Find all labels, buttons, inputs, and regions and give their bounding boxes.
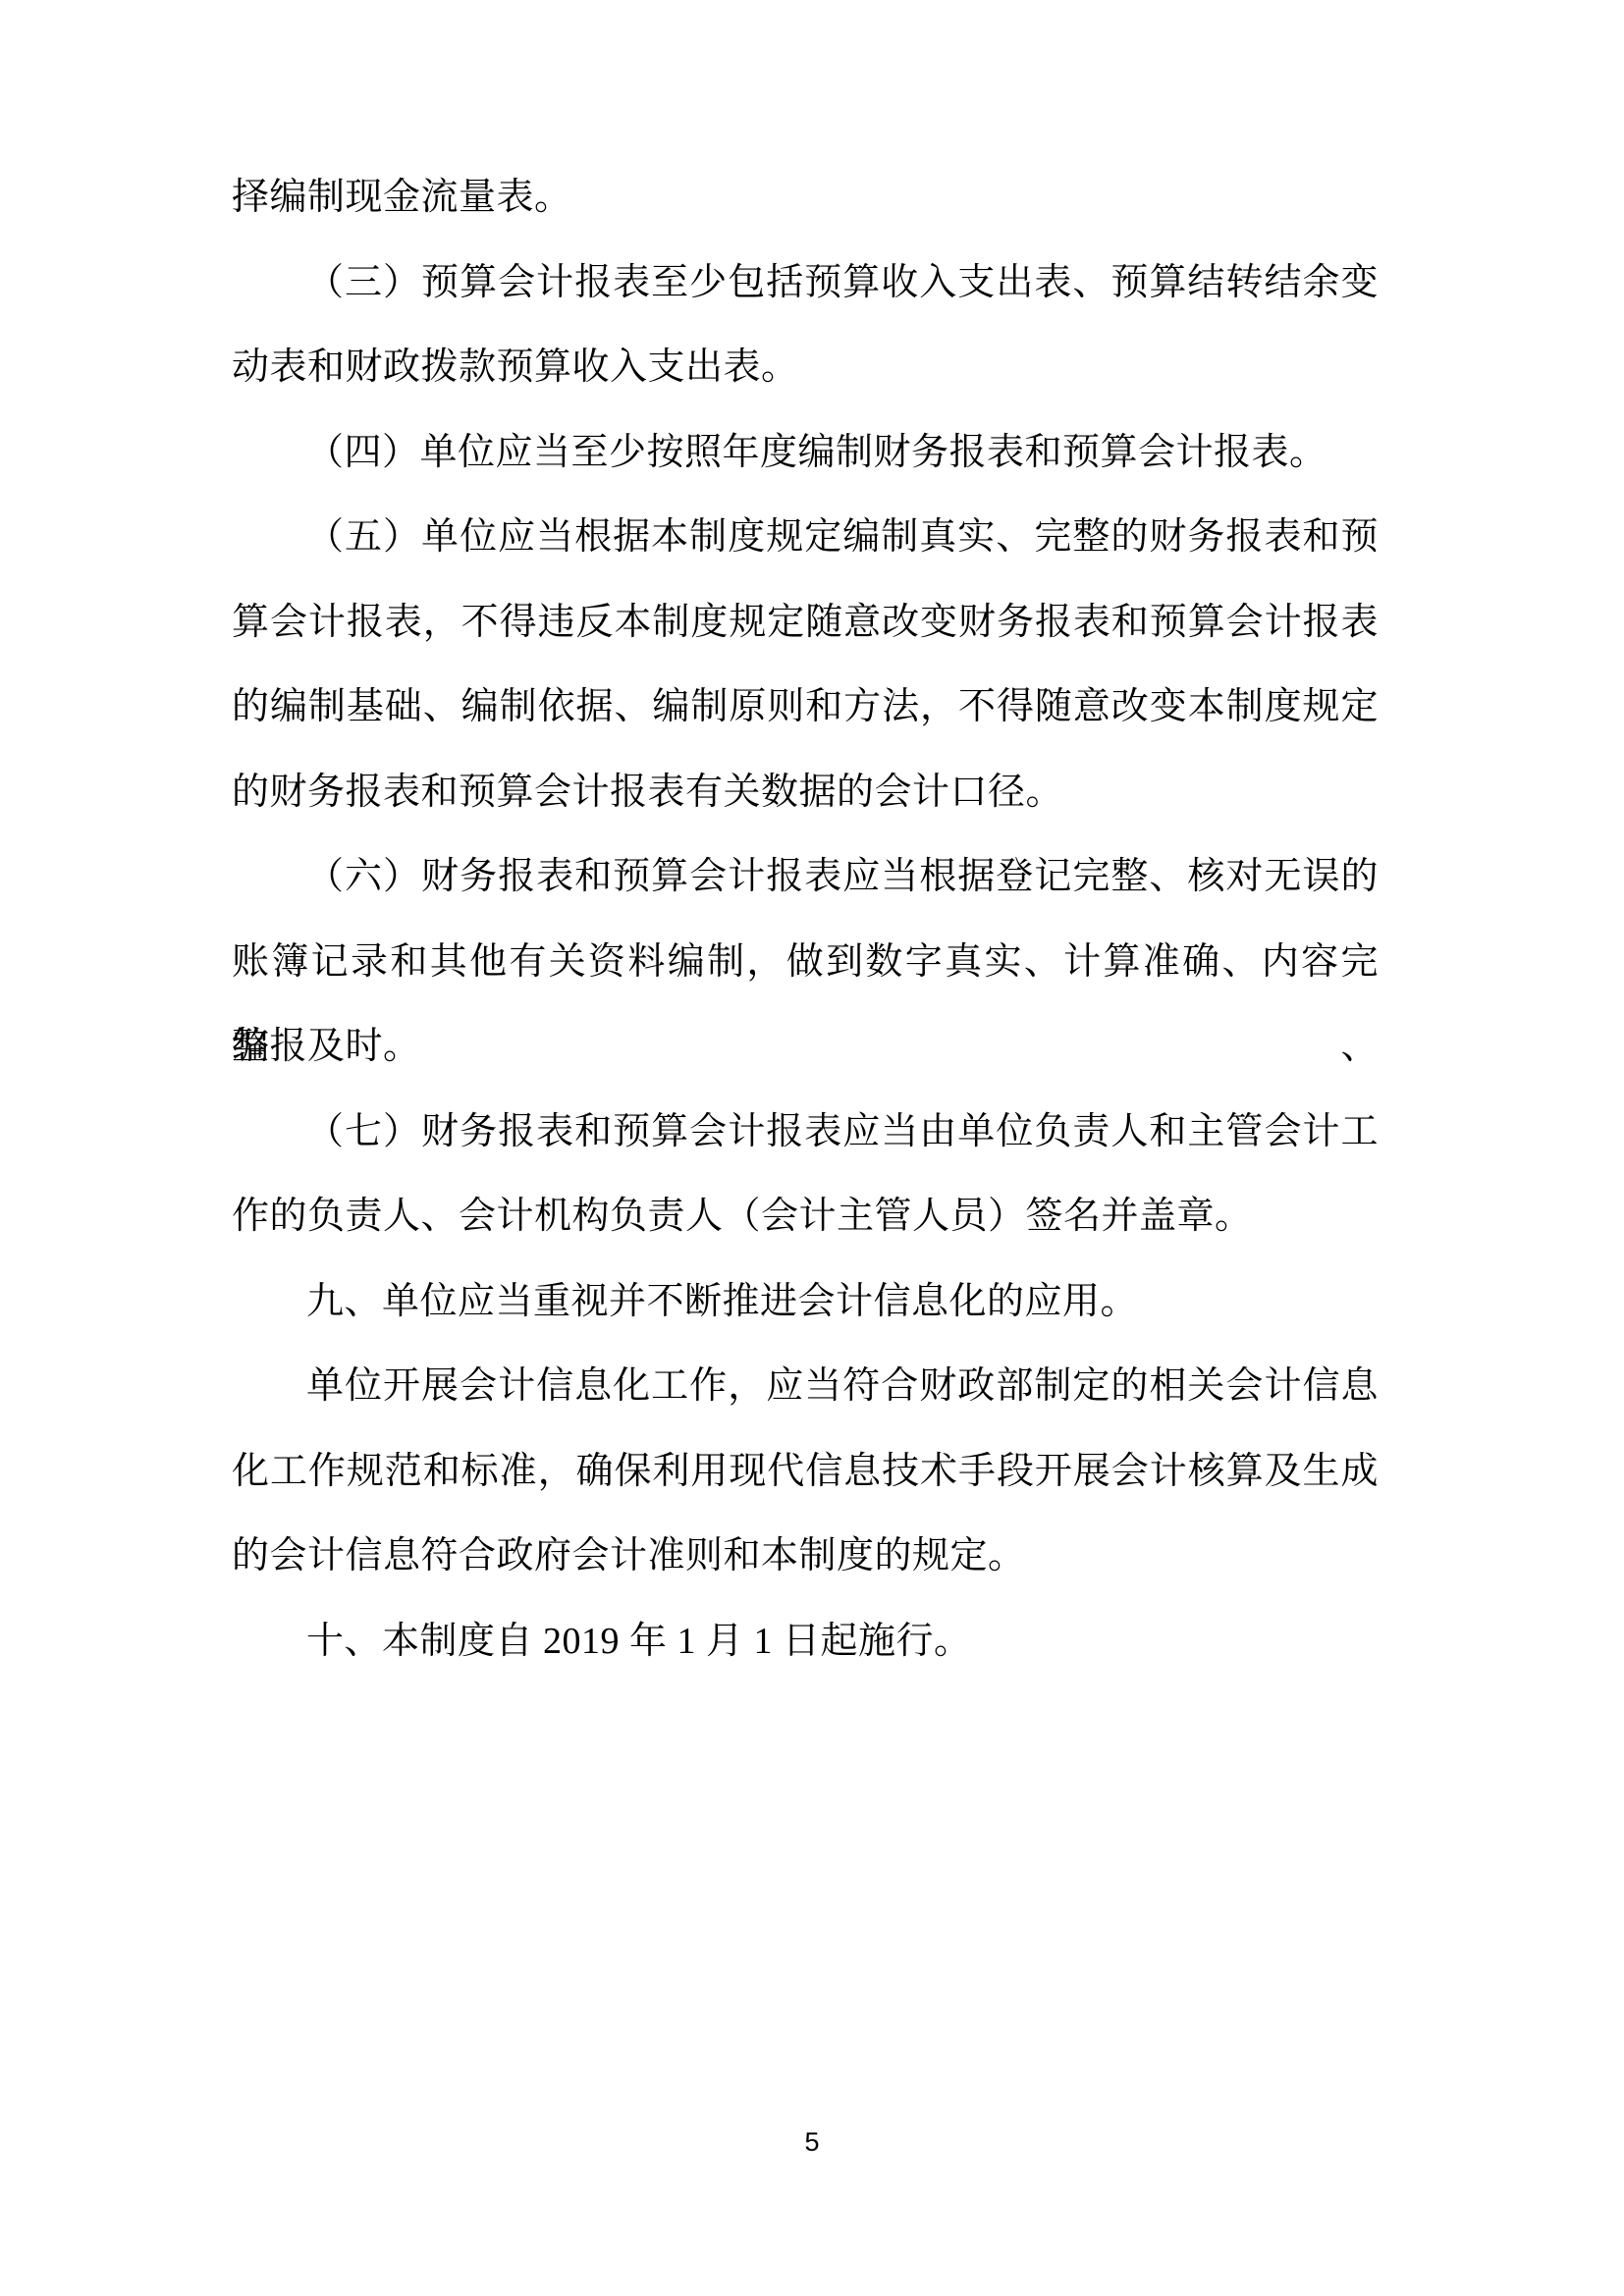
text-line: 动表和财政拨款预算收入支出表。 [232, 325, 1379, 410]
text-line: 账簿记录和其他有关资料编制，做到数字真实、计算准确、内容完整、 [232, 920, 1379, 1005]
text-line: （五）单位应当根据本制度规定编制真实、完整的财务报表和预 [232, 495, 1379, 580]
text-line: （六）财务报表和预算会计报表应当根据登记完整、核对无误的 [232, 834, 1379, 920]
text-line: 化工作规范和标准，确保利用现代信息技术手段开展会计核算及生成 [232, 1429, 1379, 1515]
text-line: 的会计信息符合政府会计准则和本制度的规定。 [232, 1514, 1379, 1599]
text-line: （四）单位应当至少按照年度编制财务报表和预算会计报表。 [232, 410, 1379, 496]
body-text: 择编制现金流量表。 （三）预算会计报表至少包括预算收入支出表、预算结转结余变 动… [232, 155, 1379, 1683]
text-line: 单位开展会计信息化工作，应当符合财政部制定的相关会计信息 [232, 1344, 1379, 1429]
text-line: 算会计报表，不得违反本制度规定随意改变财务报表和预算会计报表 [232, 580, 1379, 666]
text-line: 的财务报表和预算会计报表有关数据的会计口径。 [232, 750, 1379, 835]
text-line: 九、单位应当重视并不断推进会计信息化的应用。 [232, 1259, 1379, 1345]
page-number: 5 [0, 2126, 1624, 2158]
text-line: 择编制现金流量表。 [232, 155, 1379, 240]
text-line: 作的负责人、会计机构负责人（会计主管人员）签名并盖章。 [232, 1174, 1379, 1259]
text-line: （三）预算会计报表至少包括预算收入支出表、预算结转结余变 [232, 240, 1379, 326]
text-line: 十、本制度自 2019 年 1 月 1 日起施行。 [232, 1599, 1379, 1684]
document-page: 择编制现金流量表。 （三）预算会计报表至少包括预算收入支出表、预算结转结余变 动… [0, 0, 1624, 2296]
text-line: 的编制基础、编制依据、编制原则和方法，不得随意改变本制度规定 [232, 665, 1379, 750]
text-line: （七）财务报表和预算会计报表应当由单位负责人和主管会计工 [232, 1090, 1379, 1175]
